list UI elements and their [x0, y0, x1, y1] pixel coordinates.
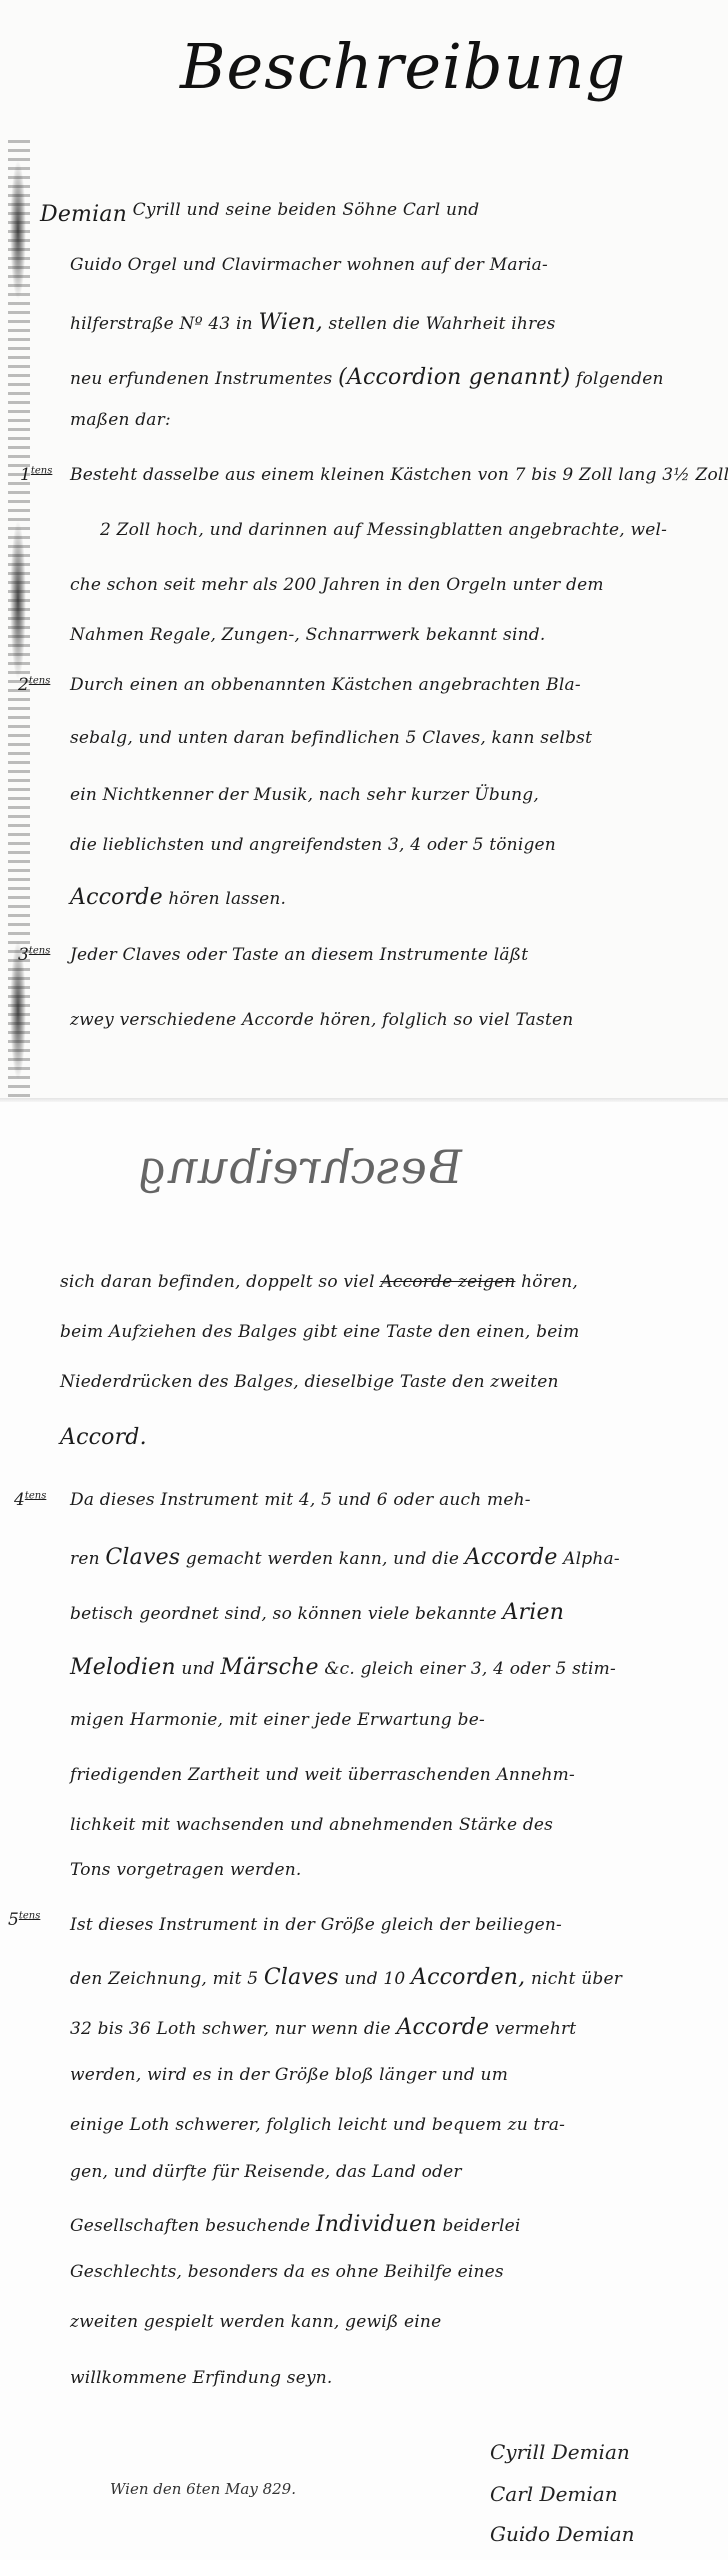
item-3-line-1: Jeder Claves oder Taste an diesem Instru…: [70, 945, 528, 965]
text: beiderlei: [442, 2216, 520, 2236]
text: betisch geordnet sind, so können viele b…: [70, 1604, 497, 1624]
text: und: [181, 1659, 214, 1679]
continuation-line-2: beim Aufziehen des Balges gibt eine Tast…: [60, 1322, 579, 1342]
mirrored-bleedthrough-title: Beschreibung: [130, 1140, 472, 1194]
emph-word: Märsche: [220, 1655, 318, 1680]
item-5-line-1: Ist dieses Instrument in der Größe gleic…: [70, 1915, 562, 1935]
text: den Zeichnung, mit 5: [70, 1969, 258, 1989]
marker-number: 1: [20, 465, 31, 485]
emph-word: Accorde: [396, 2015, 489, 2040]
manuscript-page-1: [0, 0, 728, 1100]
name-lead: Demian: [40, 202, 127, 227]
emph-word: Melodien: [70, 1655, 176, 1680]
item-2-line-5: Accorde hören lassen.: [70, 885, 286, 910]
marker-number: 5: [8, 1910, 19, 1930]
text: vermehrt: [495, 2019, 576, 2039]
emph-word: Accorde: [465, 1545, 558, 1570]
emph-word: Individuen: [316, 2212, 437, 2237]
item-5-line-9: zweiten gespielt werden kann, gewiß eine: [70, 2312, 441, 2332]
text: folgenden: [576, 369, 664, 389]
item-3-line-2: zwey verschiedene Accorde hören, folglic…: [70, 1010, 573, 1030]
item-2-line-2: sebalg, und unten daran befindlichen 5 C…: [70, 728, 592, 748]
text: ren: [70, 1549, 100, 1569]
item-1-line-3: che schon seit mehr als 200 Jahren in de…: [70, 575, 604, 595]
item-4-marker: 4tens: [14, 1490, 46, 1510]
marker-suffix: tens: [19, 1910, 41, 1921]
item-4-line-7: lichkeit mit wachsenden und abnehmenden …: [70, 1815, 553, 1835]
item-5-line-7: Gesellschaften besuchende Individuen bei…: [70, 2212, 521, 2237]
item-5-marker: 5tens: [8, 1910, 40, 1930]
marker-number: 3: [18, 945, 29, 965]
struck-text: Accorde zeigen: [380, 1272, 515, 1292]
continuation-line-1: sich daran befinden, doppelt so viel Acc…: [60, 1272, 578, 1292]
signature-cyrill: Cyrill Demian: [490, 2440, 630, 2464]
marker-suffix: tens: [29, 945, 51, 956]
item-5-line-5: einige Loth schwerer, folglich leicht un…: [70, 2115, 565, 2135]
text: 32 bis 36 Loth schwer, nur wenn die: [70, 2019, 391, 2039]
item-5-line-4: werden, wird es in der Größe bloß länger…: [70, 2065, 508, 2085]
item-4-line-1: Da dieses Instrument mit 4, 5 und 6 oder…: [70, 1490, 531, 1510]
continuation-line-3: Niederdrücken des Balges, dieselbige Tas…: [60, 1372, 559, 1392]
text: gemacht werden kann, und die: [186, 1549, 459, 1569]
signature-guido: Guido Demian: [490, 2522, 635, 2546]
text: Gesellschaften besuchende: [70, 2216, 310, 2236]
marker-number: 4: [14, 1490, 25, 1510]
marker-number: 2: [18, 675, 29, 695]
marker-suffix: tens: [31, 465, 53, 476]
item-1-line-4: Nahmen Regale, Zungen-, Schnarrwerk beka…: [70, 625, 545, 645]
item-2-line-3: ein Nichtkenner der Musik, nach sehr kur…: [70, 785, 539, 805]
item-5-line-2: den Zeichnung, mit 5 Claves und 10 Accor…: [70, 1965, 622, 1990]
page-seam: [0, 1098, 728, 1102]
emph-word: Claves: [264, 1965, 339, 1990]
binding-stain: [10, 520, 26, 680]
item-2-marker: 2tens: [18, 675, 50, 695]
item-4-line-3: betisch geordnet sind, so können viele b…: [70, 1600, 564, 1625]
emph-word: Accorde: [70, 885, 163, 910]
text: &c. gleich einer 3, 4 oder 5 stim-: [324, 1659, 616, 1679]
item-4-line-8: Tons vorgetragen werden.: [70, 1860, 301, 1880]
item-2-line-4: die lieblichsten und angreifendsten 3, 4…: [70, 835, 556, 855]
item-4-line-6: friedigenden Zartheit und weit überrasch…: [70, 1765, 575, 1785]
text: sich daran befinden, doppelt so viel: [60, 1272, 375, 1292]
emph-word: Claves: [105, 1545, 180, 1570]
intro-line-2: Guido Orgel und Clavirmacher wohnen auf …: [70, 255, 548, 275]
item-5-line-6: gen, und dürfte für Reisende, das Land o…: [70, 2162, 462, 2182]
intro-line-3: hilferstraße Nº 43 in Wien, stellen die …: [70, 310, 556, 335]
text: und 10: [344, 1969, 405, 1989]
item-1-line-2: 2 Zoll hoch, und darinnen auf Messingbla…: [100, 520, 667, 540]
emph-word: Arien: [502, 1600, 564, 1625]
intro-line-4: neu erfundenen Instrumentes (Accordion g…: [70, 365, 664, 390]
intro-line-5: maßen dar:: [70, 410, 171, 430]
text: Cyrill und seine beiden Söhne Carl und: [133, 200, 480, 220]
item-3-marker: 3tens: [18, 945, 50, 965]
document-title: Beschreibung: [180, 30, 626, 103]
item-1-marker: 1tens: [20, 465, 52, 485]
date-line: Wien den 6ten May 829.: [110, 2480, 296, 2498]
text: hilferstraße Nº 43 in: [70, 314, 253, 334]
text: nicht über: [531, 1969, 622, 1989]
item-4-line-4: Melodien und Märsche &c. gleich einer 3,…: [70, 1655, 616, 1680]
text: hören,: [521, 1272, 578, 1292]
marker-suffix: tens: [29, 675, 51, 686]
text: stellen die Wahrheit ihres: [329, 314, 556, 334]
emph-word: Accord.: [60, 1425, 147, 1450]
item-4-line-2: ren Claves gemacht werden kann, und die …: [70, 1545, 620, 1570]
marker-suffix: tens: [25, 1490, 47, 1501]
city-name: Wien,: [258, 310, 322, 335]
item-2-line-1: Durch einen an obbenannten Kästchen ange…: [70, 675, 581, 695]
intro-line-1: Demian Cyrill und seine beiden Söhne Car…: [40, 200, 479, 226]
instrument-name: (Accordion genannt): [338, 365, 570, 390]
item-5-line-3: 32 bis 36 Loth schwer, nur wenn die Acco…: [70, 2015, 576, 2040]
item-5-line-8: Geschlechts, besonders da es ohne Beihil…: [70, 2262, 504, 2282]
text: hören lassen.: [168, 889, 286, 909]
text: Alpha-: [563, 1549, 620, 1569]
text: neu erfundenen Instrumentes: [70, 369, 332, 389]
item-1-line-1: Besteht dasselbe aus einem kleinen Kästc…: [70, 465, 728, 485]
continuation-line-4: Accord.: [60, 1425, 147, 1450]
binding-stain: [10, 160, 26, 300]
item-4-line-5: migen Harmonie, mit einer jede Erwartung…: [70, 1710, 485, 1730]
item-5-line-10: willkommene Erfindung seyn.: [70, 2368, 333, 2388]
signature-carl: Carl Demian: [490, 2482, 618, 2506]
emph-word: Accorden,: [411, 1965, 525, 1990]
